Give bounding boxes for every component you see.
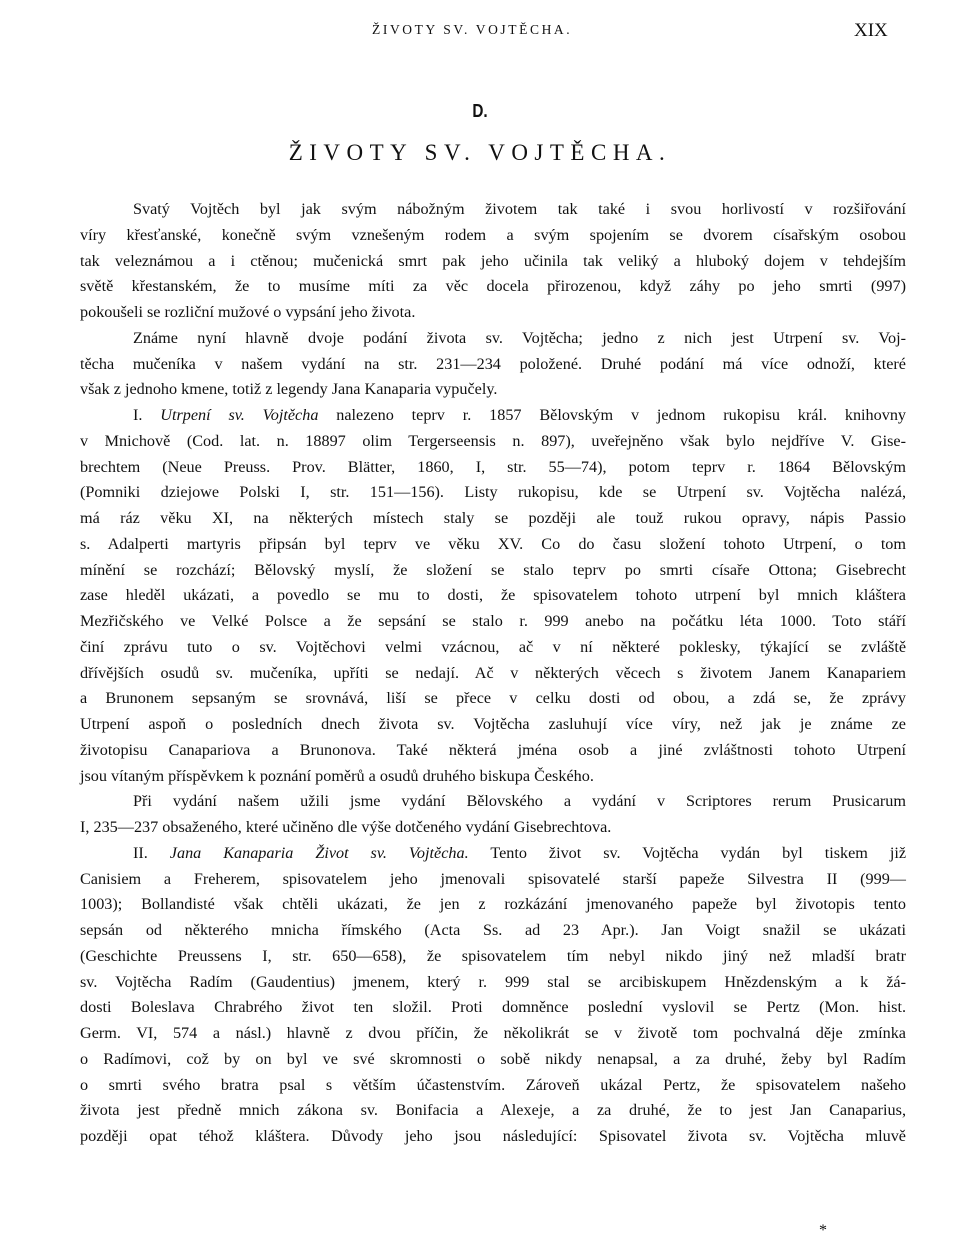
text-line: Utrpení aspoň o posledních dnech života … (80, 712, 906, 738)
text-line: sv. Vojtěcha Radím (Gaudentius) jmenem, … (80, 970, 906, 996)
text-line: s. Adalperti martyris připsán byl teprv … (80, 532, 906, 558)
text-line: 1003); Bollandisté však chtěli ukázati, … (80, 892, 906, 918)
body-text: Svatý Vojtěch byl jak svým nábožným živo… (80, 197, 906, 1150)
text-line: Svatý Vojtěch byl jak svým nábožným živo… (80, 197, 906, 223)
text-line: víry křesťanské, konečně svým vznešeným … (80, 223, 906, 249)
running-head: ŽIVOTY SV. VOJTĚCHA. XIX (0, 18, 960, 48)
italic-title: Jana Kanaparia Život sv. Vojtěcha. (170, 844, 469, 862)
text-line: zase hleděl ukázati, a povedlo se mu to … (80, 583, 906, 609)
text-line: pokoušeli se rozliční mužové o vypsání j… (80, 300, 906, 326)
section-title: ŽIVOTY SV. VOJTĚCHA. (0, 140, 960, 166)
text-line: (Pomniki dziejowe Polski I, str. 151—156… (80, 480, 906, 506)
text-line: jsou vítaným příspěvkem k poznání poměrů… (80, 764, 906, 790)
text-line: brechtem (Neue Preuss. Prov. Blätter, 18… (80, 455, 906, 481)
text-line: života jest předně mnich zákona sv. Boni… (80, 1098, 906, 1124)
text-line: Známe nyní hlavně dvoje podání života sv… (80, 326, 906, 352)
running-title: ŽIVOTY SV. VOJTĚCHA. (372, 22, 572, 38)
text-line: má ráz věku XI, na některých místech sta… (80, 506, 906, 532)
text-line: v Mnichově (Cod. lat. n. 18897 olim Terg… (80, 429, 906, 455)
text-line: těcha mučeníka v našem vydání na str. 23… (80, 352, 906, 378)
text-line: sepsán od některého mnicha římského (Act… (80, 918, 906, 944)
page-number: XIX (854, 20, 888, 42)
italic-title: Utrpení sv. Vojtěcha (160, 406, 318, 424)
text-line: Při vydání našem užili jsme vydání Bělov… (80, 789, 906, 815)
text-line: Canisiem a Freherem, spisovatelem jeho j… (80, 867, 906, 893)
text-line: však z jednoho kmene, totiž z legendy Ja… (80, 377, 906, 403)
section-numeral: I. (133, 406, 160, 424)
text-line: I. Utrpení sv. Vojtěcha nalezeno teprv r… (80, 403, 906, 429)
text-fragment: nalezeno teprv r. 1857 Bělovským v jedno… (336, 406, 906, 424)
text-line: mínění se rozchází; Bělovský myslí, že s… (80, 558, 906, 584)
text-line: tak veleznámou a i ctěnou; mučenická smr… (80, 249, 906, 275)
text-line: o smrti svého bratra psal s větším účast… (80, 1073, 906, 1099)
text-fragment: Tento život sv. Vojtěcha vydán byl tiske… (490, 844, 906, 862)
text-line: Germ. VI, 574 a násl.) hlavně z dvou pří… (80, 1021, 906, 1047)
section-letter: D. (72, 101, 888, 122)
text-line: o Radímovi, což by on byl ve své skromno… (80, 1047, 906, 1073)
signature-mark: * (819, 1222, 827, 1240)
text-line: a Brunonem sepsaným se srovnává, liší se… (80, 686, 906, 712)
text-line: životopisu Canapariova a Brunonova. Také… (80, 738, 906, 764)
text-line: II. Jana Kanaparia Život sv. Vojtěcha. T… (80, 841, 906, 867)
text-line: světě křestanském, že to musíme míti za … (80, 274, 906, 300)
section-numeral: II. (133, 844, 170, 862)
text-line: I, 235—237 obsaženého, které učiněno dle… (80, 815, 906, 841)
text-line: dřívějších osudů sv. mučeníka, upříti se… (80, 661, 906, 687)
text-line: (Geschichte Preussens I, str. 650—658), … (80, 944, 906, 970)
text-line: činí zprávu tuto o sv. Vojtěchovi velmi … (80, 635, 906, 661)
text-line: Mezřičského ve Velké Polsce a že sepsání… (80, 609, 906, 635)
text-line: později opat téhož kláštera. Důvody jeho… (80, 1124, 906, 1150)
text-line: dosti Boleslava Chrabrého život ten slož… (80, 995, 906, 1021)
